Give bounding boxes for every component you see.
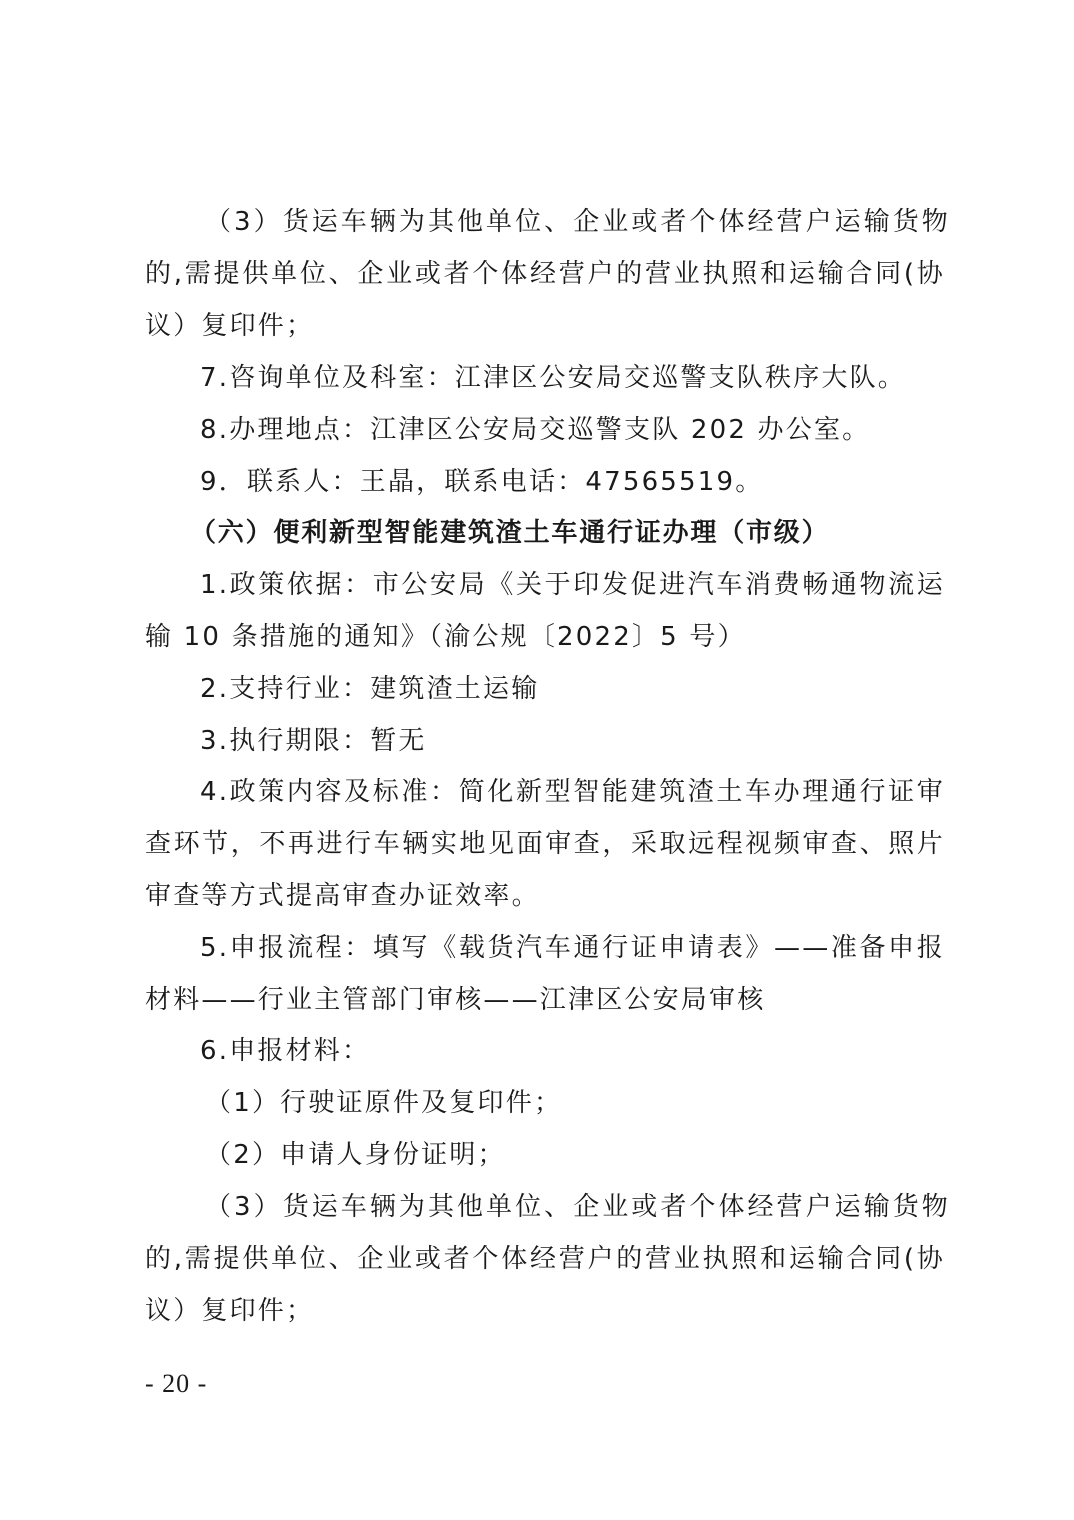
paragraph-line: 6.申报材料：	[200, 1031, 945, 1071]
paragraph-line: 5.申报流程：填写《载货汽车通行证申请表》——准备申报	[200, 928, 945, 968]
paragraph-line: 7.咨询单位及科室：江津区公安局交巡警支队秩序大队。	[200, 358, 945, 398]
paragraph-line: 3.执行期限：暂无	[200, 721, 945, 761]
paragraph-line: 4.政策内容及标准：简化新型智能建筑渣土车办理通行证审	[200, 772, 945, 812]
paragraph-line: 输 10 条措施的通知》（渝公规〔2022〕5 号）	[145, 617, 945, 657]
paragraph-line: （1）行驶证原件及复印件；	[205, 1083, 950, 1123]
paragraph-line: （2）申请人身份证明；	[205, 1135, 950, 1175]
paragraph-line: 2.支持行业：建筑渣土运输	[200, 669, 945, 709]
page-number: - 20 -	[145, 1364, 207, 1404]
paragraph-line: 8.办理地点：江津区公安局交巡警支队 202 办公室。	[200, 410, 945, 450]
paragraph-line: 材料——行业主管部门审核——江津区公安局审核	[145, 980, 945, 1020]
paragraph-line: 的,需提供单位、企业或者个体经营户的营业执照和运输合同(协	[145, 1239, 945, 1279]
paragraph-line: 1.政策依据：市公安局《关于印发促进汽车消费畅通物流运	[200, 565, 945, 605]
paragraph-line: 审查等方式提高审查办证效率。	[145, 876, 945, 916]
paragraph-line: 议）复印件；	[145, 1291, 945, 1331]
paragraph-line: （3）货运车辆为其他单位、企业或者个体经营户运输货物	[205, 202, 950, 242]
section-heading: （六）便利新型智能建筑渣土车通行证办理（市级）	[190, 513, 935, 553]
paragraph-line: 9．联系人：王晶，联系电话：47565519。	[200, 462, 945, 502]
paragraph-line: 查环节，不再进行车辆实地见面审查，采取远程视频审查、照片	[145, 824, 945, 864]
paragraph-line: （3）货运车辆为其他单位、企业或者个体经营户运输货物	[205, 1187, 950, 1227]
paragraph-line: 的,需提供单位、企业或者个体经营户的营业执照和运输合同(协	[145, 254, 945, 294]
document-page: （3）货运车辆为其他单位、企业或者个体经营户运输货物 的,需提供单位、企业或者个…	[0, 0, 1074, 1520]
paragraph-line: 议）复印件；	[145, 306, 945, 346]
